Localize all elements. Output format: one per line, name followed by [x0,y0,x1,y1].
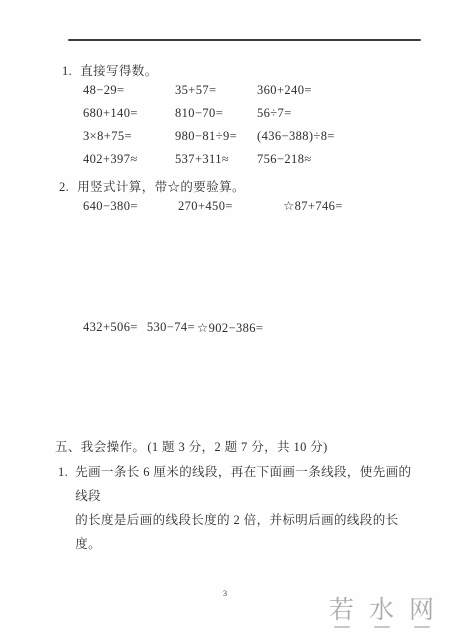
math-expression: 35+57= [175,79,257,102]
section5-score-note: (1 题 3 分，2 题 7 分，共 10 分) [147,437,327,455]
math-expression: 980−81÷9= [175,125,257,148]
math-expression: ☆87+746= [283,195,343,218]
math-expression: 3×8+75= [83,125,175,148]
section5-problem1: 1. 先画一条长 6 厘米的线段，再在下面画一条线段，使先画的线段 的长度是后画… [58,460,415,556]
math-expression: 640−380= [83,195,178,218]
math-expression: 756−218≈ [257,148,335,171]
problem1-line2: 的长度是后画的线段长度的 2 倍，并标明后画的线段的长度。 [75,508,415,556]
question1-title: 直接写得数。 [80,61,157,79]
math-expression: 402+397≈ [83,148,175,171]
math-expression: 270+450= [178,195,283,218]
section5-heading: 五、我会操作。 (1 题 3 分，2 题 7 分，共 10 分) [55,437,328,455]
math-expression: 48−29= [83,79,175,102]
section5-title: 五、我会操作。 [55,437,145,455]
header-divider-line [68,39,421,41]
question2-title: 用竖式计算，带☆的要验算。 [77,177,245,195]
watermark-char: 水 [369,597,394,623]
question1-problems: 48−29= 35+57= 360+240= 680+140= 810−70= … [83,79,335,171]
problem1-line1: 先画一条长 6 厘米的线段，再在下面画一条线段，使先画的线段 [75,460,415,508]
watermark-underline [334,626,350,628]
watermark: 若 水 网 [329,597,434,628]
question1-heading: 1. 直接写得数。 [62,61,158,79]
math-expression: (436−388)÷8= [257,125,335,148]
question2-heading: 2. 用竖式计算，带☆的要验算。 [59,177,245,195]
watermark-underline [374,626,390,628]
watermark-column: 若 [329,597,354,628]
question2-problems-row2: 432+506= 530−74= ☆902−386= [83,320,263,336]
watermark-underline [414,626,430,628]
watermark-char: 若 [329,597,354,623]
math-expression: 537+311≈ [175,148,257,171]
watermark-column: 水 [369,597,394,628]
math-expression: 680+140= [83,102,175,125]
question2-problems-row1: 640−380= 270+450= ☆87+746= [83,195,343,218]
problem1-text: 先画一条长 6 厘米的线段，再在下面画一条线段，使先画的线段 的长度是后画的线段… [75,460,415,556]
worksheet-page: 1. 直接写得数。 48−29= 35+57= 360+240= 680+140… [0,0,450,637]
question2-number: 2. [59,180,69,195]
question1-number: 1. [62,64,72,79]
math-expression: 530−74= [147,320,195,336]
math-expression: 810−70= [175,102,257,125]
watermark-column: 网 [409,597,434,628]
problem1-number: 1. [58,460,68,556]
watermark-char: 网 [409,597,434,623]
math-expression: 432+506= [83,320,138,336]
math-expression: 56÷7= [257,102,335,125]
math-expression: ☆902−386= [197,320,263,336]
math-expression: 360+240= [257,79,335,102]
